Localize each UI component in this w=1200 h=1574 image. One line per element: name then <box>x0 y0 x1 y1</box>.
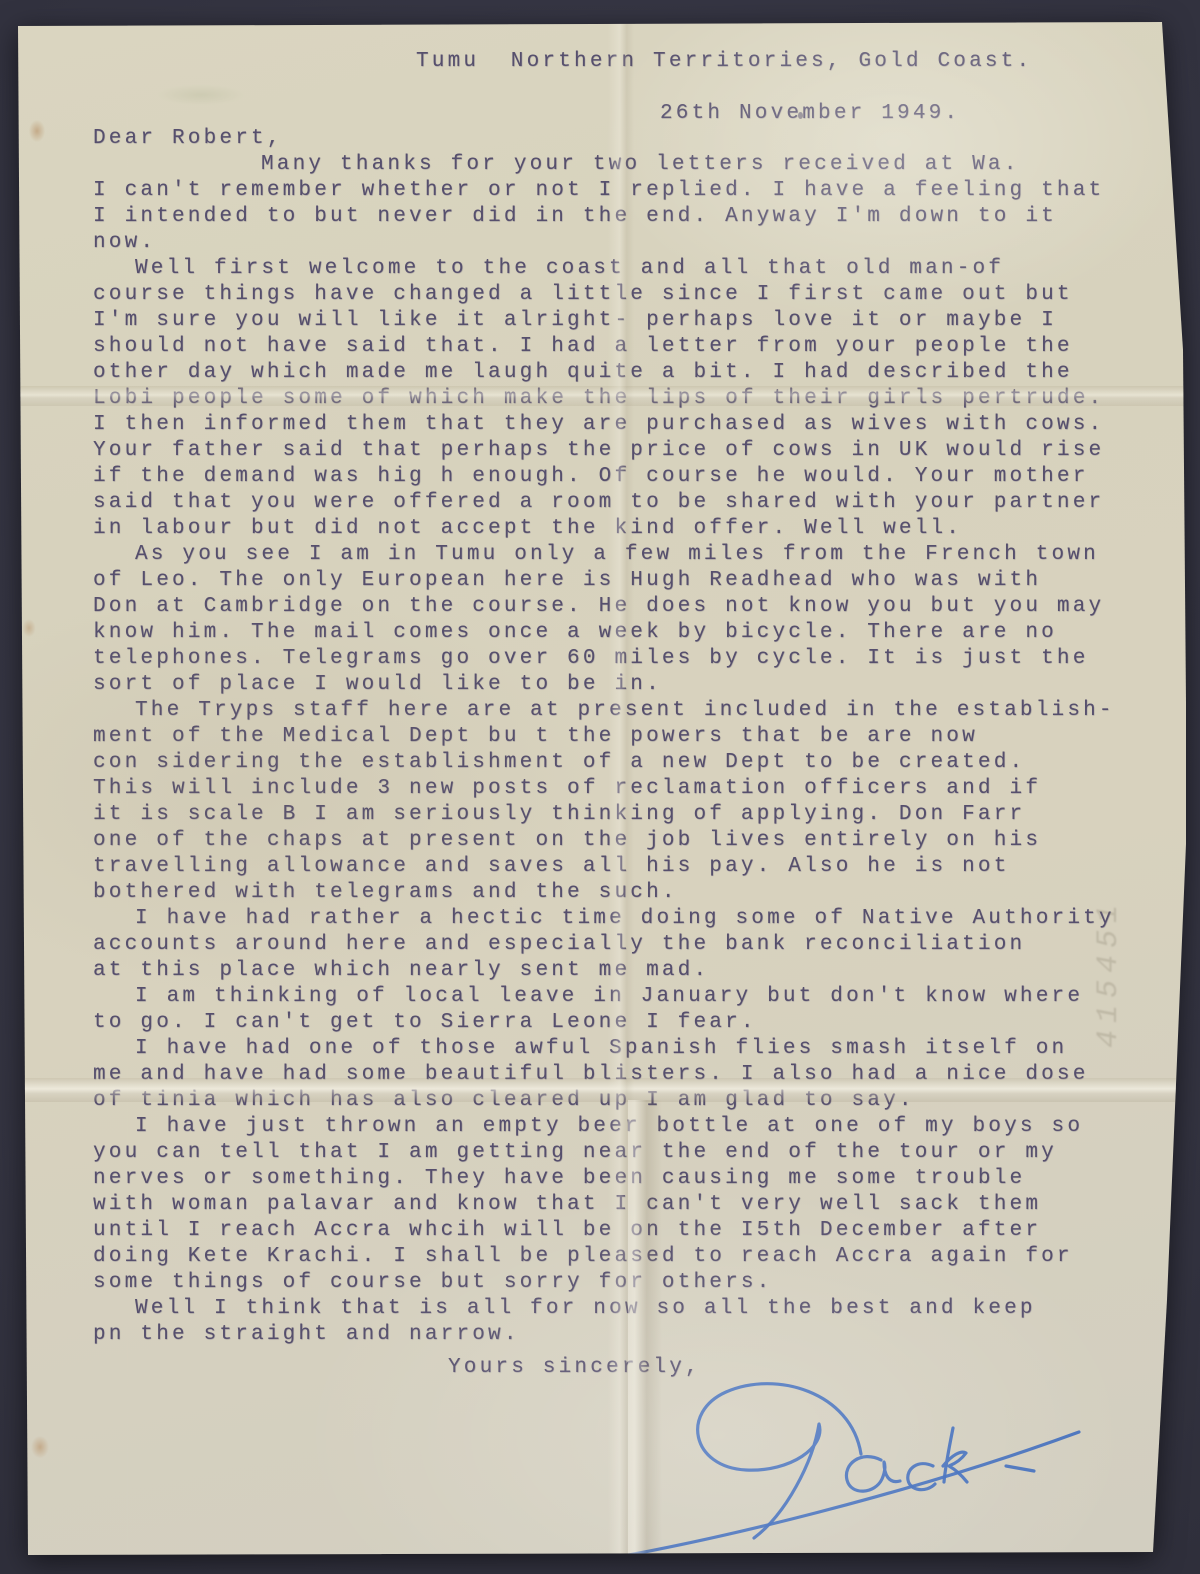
letter-line: doing Kete Krachi. I shall be pleased to… <box>93 1244 1103 1270</box>
letter-line: me and have had some beautiful blisters.… <box>93 1062 1103 1088</box>
letter-line: now. <box>93 230 1103 256</box>
letter-line: As you see I am in Tumu only a few miles… <box>93 542 1103 568</box>
letter-line: Your father said that perhaps the price … <box>93 438 1103 464</box>
letter-line: of Leo. The only European here is Hugh R… <box>93 568 1103 594</box>
letter-line: Many thanks for your two letters receive… <box>93 152 1103 178</box>
letter-line: Well I think that is all for now so all … <box>93 1296 1103 1322</box>
letter-body: Dear Robert, Many thanks for your two le… <box>93 126 1103 1348</box>
letter-line: bothered with telegrams and the such. <box>93 880 1103 906</box>
letter-line: I intended to but never did in the end. … <box>93 204 1103 230</box>
ink-speck <box>798 112 803 119</box>
letter-line: I have had one of those awful Spanish fl… <box>93 1036 1103 1062</box>
signature-underline-stroke <box>563 1432 1079 1566</box>
letter-line: accounts around here and especially the … <box>93 932 1103 958</box>
letter-line: nerves or something. They have been caus… <box>93 1166 1103 1192</box>
letter-line: Lobi people some of which make the lips … <box>93 386 1103 412</box>
stain-left-middle <box>20 616 38 640</box>
stain-left-top <box>26 116 48 146</box>
letter-line: course things have changed a little sinc… <box>93 282 1103 308</box>
letter-line: I'm sure you will like it alright- perha… <box>93 308 1103 334</box>
letter-heading: Tumu Northern Territories, Gold Coast. <box>416 50 1032 73</box>
letter-line: I am thinking of local leave in January … <box>93 984 1103 1010</box>
letter-line: Well first welcome to the coast and all … <box>93 256 1103 282</box>
letter-line: it is scale B I am seriously thinking of… <box>93 802 1103 828</box>
signature-handwritten-jack: Jack <box>551 1362 1111 1574</box>
letter-line: telephones. Telegrams go over 60 miles b… <box>93 646 1103 672</box>
letter-date: 26th November 1949. <box>660 102 960 125</box>
letter-salutation: Dear Robert, <box>93 126 1103 152</box>
letter-line: until I reach Accra whcih will be on the… <box>93 1218 1103 1244</box>
letter-line: if the demand was hig h enough. Of cours… <box>93 464 1103 490</box>
letter-line: in labour but did not accept the kind of… <box>93 516 1103 542</box>
letter-line: at this place which nearly sent me mad. <box>93 958 1103 984</box>
letter-line: other day which made me laugh quite a bi… <box>93 360 1103 386</box>
letter-line: you can tell that I am getting near the … <box>93 1140 1103 1166</box>
letter-line: I have had rather a hectic time doing so… <box>93 906 1103 932</box>
letter-line: Don at Cambridge on the course. He does … <box>93 594 1103 620</box>
letter-line: some things of course but sorry for othe… <box>93 1270 1103 1296</box>
signature-jack-stroke <box>698 1384 1034 1538</box>
margin-pencil-mark: 415451 <box>1092 808 1126 1048</box>
letter-line: to go. I can't get to Sierra Leone I fea… <box>93 1010 1103 1036</box>
letter-paper-wrap: Tumu Northern Territories, Gold Coast. 2… <box>16 20 1186 1558</box>
letter-line: con sidering the establishment of a new … <box>93 750 1103 776</box>
stain-left-bottom <box>28 1432 52 1462</box>
stain-top-smudge <box>146 82 256 108</box>
letter-line: I then informed them that they are purch… <box>93 412 1103 438</box>
letter-line: ment of the Medical Dept bu t the powers… <box>93 724 1103 750</box>
letter-line: said that you were offered a room to be … <box>93 490 1103 516</box>
letter-line: I have just thrown an empty beer bottle … <box>93 1114 1103 1140</box>
letter-line: travelling allowance and saves all his p… <box>93 854 1103 880</box>
letter-line: The Tryps staff here are at present incl… <box>93 698 1103 724</box>
letter-line: I can't remember whether or not I replie… <box>93 178 1103 204</box>
letter-line: one of the chaps at present on the job l… <box>93 828 1103 854</box>
letter-line: sort of place I would like to be in. <box>93 672 1103 698</box>
letter-line: with woman palavar and know that I can't… <box>93 1192 1103 1218</box>
letter-line: know him. The mail comes once a week by … <box>93 620 1103 646</box>
letter-line: pn the straight and narrow. <box>93 1322 1103 1348</box>
letter-line: This will include 3 new posts of reclama… <box>93 776 1103 802</box>
letter-line: of tinia which has also cleared up I am … <box>93 1088 1103 1114</box>
letter-paper: Tumu Northern Territories, Gold Coast. 2… <box>16 20 1186 1558</box>
letter-line: should not have said that. I had a lette… <box>93 334 1103 360</box>
